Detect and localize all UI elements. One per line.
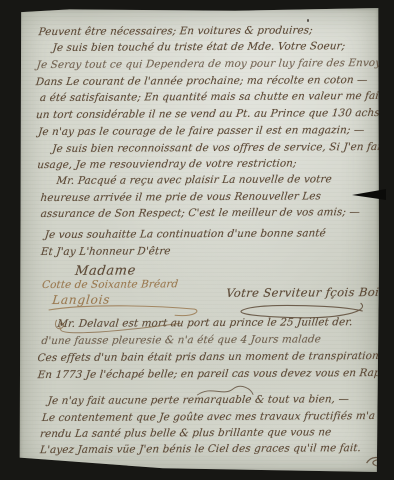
letter-line: Je Seray tout ce qui Dependera de moy po… bbox=[36, 58, 387, 71]
archival-annotation: Cotte de Soixante Bréard bbox=[42, 279, 179, 290]
postscript-line: d'une fausse pleuresie & n'a été que 4 J… bbox=[41, 334, 322, 346]
letter-line: heureuse arrivée il me prie de vous Reno… bbox=[40, 191, 321, 203]
end-flourish bbox=[364, 454, 390, 468]
letter-line: Je n'ay pas le courage de le faire passe… bbox=[38, 125, 365, 137]
postscript-line: Mr. Delaval est mort au port au prince l… bbox=[57, 317, 353, 329]
postscript-line: L'ayez Jamais vüe J'en bénis le Ciel des… bbox=[40, 443, 362, 455]
letter-page: Peuvent être nécessaires; En voitures & … bbox=[19, 8, 379, 472]
letter-address-madame: Madame bbox=[74, 264, 136, 277]
postscript-line: rendu La santé plus belle & plus brillan… bbox=[39, 427, 331, 439]
postscript-line: Le contentement que Je goûte avec mes tr… bbox=[41, 411, 375, 423]
ink-speck bbox=[307, 19, 309, 22]
letter-line: un tort considérable il ne se vend au Pt… bbox=[36, 108, 394, 121]
postscript-line: Je n'ay fait aucune perte remarquable & … bbox=[47, 394, 349, 406]
letter-line: Je suis bien touché du triste état de Md… bbox=[52, 41, 346, 53]
letter-line: Et J'ay L'honneur D'être bbox=[40, 246, 171, 257]
letter-line: assurance de Son Respect; C'est le meill… bbox=[40, 207, 360, 219]
letter-line: Je suis bien reconnoissant de vos offres… bbox=[52, 142, 386, 154]
letter-line: Mr. Pacqué a reçu avec plaisir La nouvel… bbox=[56, 174, 332, 186]
letter-line: Je vous souhaitte La continuation d'une … bbox=[44, 228, 326, 240]
postscript-line: En 1773 Je l'échapé belle; en pareil cas… bbox=[37, 368, 394, 381]
postscript-line: Ces effets d'un bain était pris dans un … bbox=[37, 351, 383, 364]
signature: Votre Serviteur fçois Boitel bbox=[226, 287, 394, 300]
letter-line: Peuvent être nécessaires; En voitures & … bbox=[38, 25, 313, 37]
letter-line: a été satisfaisante; En quantité mais sa… bbox=[39, 91, 383, 104]
letter-writing-block: Peuvent être nécessaires; En voitures & … bbox=[19, 6, 382, 472]
letter-line: Dans Le courant de l'année prochaine; ma… bbox=[35, 75, 368, 87]
letter-line: usage, Je me resouviendray de votre rest… bbox=[37, 158, 297, 170]
